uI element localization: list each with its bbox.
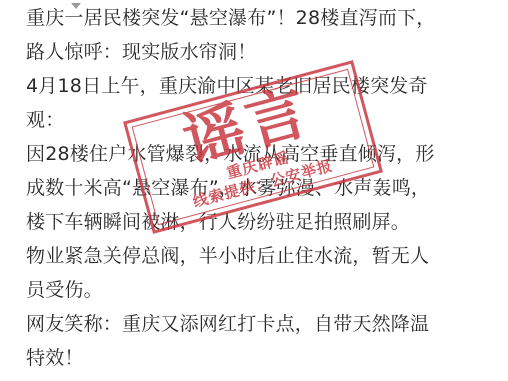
article-line: 楼下车辆瞬间被淋，行人纷纷驻足拍照刷屏。 (26, 208, 410, 236)
article-line: 4月18日上午，重庆渝中区某老旧居民楼突发奇 (26, 72, 428, 100)
article-line: 员受伤。 (26, 276, 103, 304)
article-line: 网友笑称：重庆又添网红打卡点，自带天然降温 (26, 310, 429, 338)
article-line: 重庆一居民楼突发“悬空瀑布”！28楼直泻而下， (26, 4, 435, 32)
article-line: 成数十米高“悬空瀑布”，水雾弥漫、水声轰鸣， (26, 174, 430, 202)
article-line: 特效！ (26, 344, 84, 372)
article-line: 观： (26, 106, 64, 134)
article-line: 物业紧急关停总阀，半小时后止住水流，暂无人 (26, 242, 429, 270)
article-line: 路人惊呼：现实版水帘洞！ (26, 38, 256, 66)
article-line: 因28楼住户水管爆裂，水流从高空垂直倾泻，形 (26, 140, 435, 168)
